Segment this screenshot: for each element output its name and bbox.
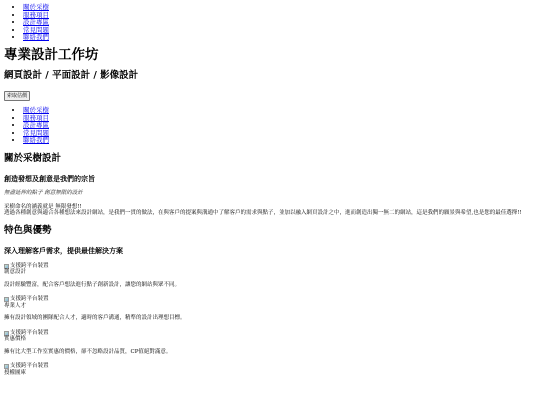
nav2-item-design: 設計專區 xyxy=(23,122,536,130)
feature-desc: 擁有設計領域的團隊配合人才，適時的客戶溝通，精準的設計出理想目標。 xyxy=(4,315,536,322)
top-nav: 關於采樹 服務項目 設計專區 常見問題 聯絡我們 xyxy=(4,4,536,42)
nav2-item-services: 服務項目 xyxy=(23,115,536,123)
feature-title: 實惠價格 xyxy=(4,336,536,343)
features-section: 特色與優勢 深入理解客戶需求，提供最佳解決方案 支援跨平台裝置 創意設計 設計經… xyxy=(4,225,536,377)
features-heading: 特色與優勢 xyxy=(4,225,536,237)
about-italic-line: 無盡延伸的點子 創意無限的設計 xyxy=(4,190,536,197)
about-paragraph-line2: 透過各種創意與適合各種想法來設計網站，是我們一貫的做法，在與客戶的提案與溝通中了… xyxy=(4,210,522,216)
broken-image-icon xyxy=(4,364,9,369)
nav-link-contact[interactable]: 聯絡我們 xyxy=(23,33,49,41)
nav-item-about: 關於采樹 xyxy=(23,4,536,12)
feature-image-alt: 支援跨平台裝置 xyxy=(10,363,49,370)
site-title: 專業設計工作坊 xyxy=(4,47,536,63)
feature-desc: 設計經驗豐富，配合客戶想法進行點子創新設計，讓您的網站與眾不同。 xyxy=(4,282,536,289)
nav2-item-contact: 聯絡我們 xyxy=(23,137,536,145)
get-quote-button[interactable]: 索取估價 xyxy=(4,91,30,101)
broken-image-icon xyxy=(4,297,9,302)
feature-desc: 擁有比大型工作室實惠的價格，卻不忽略設計品質，CP值絕對滿意。 xyxy=(4,349,536,356)
feature-item: 支援跨平台裝置 專業人才 擁有設計領域的團隊配合人才，適時的客戶溝通，精準的設計… xyxy=(4,296,536,322)
secondary-nav: 關於采樹 服務項目 設計專區 常見問題 聯絡我們 xyxy=(4,107,536,145)
nav2-item-faq: 常見問題 xyxy=(23,130,536,138)
feature-item: 支援跨平台裝置 授權圖庫 xyxy=(4,363,536,376)
feature-title: 專業人才 xyxy=(4,303,536,310)
about-heading: 關於采樹設計 xyxy=(4,153,536,165)
feature-image-alt: 支援跨平台裝置 xyxy=(10,296,49,303)
about-subheading: 創造發想及創意是我們的宗旨 xyxy=(4,174,536,183)
nav-item-services: 服務項目 xyxy=(23,12,536,20)
nav-item-faq: 常見問題 xyxy=(23,27,536,35)
nav2-link-contact[interactable]: 聯絡我們 xyxy=(23,136,49,144)
about-section: 關於采樹設計 創造發想及創意是我們的宗旨 無盡延伸的點子 創意無限的設計 采樹命… xyxy=(4,153,536,217)
feature-title: 授權圖庫 xyxy=(4,370,536,377)
about-paragraph: 采樹命名的涵義就是 無限發想!! 透過各種創意與適合各種想法來設計網站，是我們一… xyxy=(4,204,536,217)
site-tagline: 網頁設計 / 平面設計 / 影像設計 xyxy=(4,70,536,82)
broken-image-icon xyxy=(4,331,9,336)
nav2-item-about: 關於采樹 xyxy=(23,107,536,115)
feature-title: 創意設計 xyxy=(4,269,536,276)
features-subheading: 深入理解客戶需求，提供最佳解決方案 xyxy=(4,246,536,255)
feature-item: 支援跨平台裝置 實惠價格 擁有比大型工作室實惠的價格，卻不忽略設計品質，CP值絕… xyxy=(4,330,536,356)
nav-item-contact: 聯絡我們 xyxy=(23,34,536,42)
nav-item-design: 設計專區 xyxy=(23,19,536,27)
broken-image-icon xyxy=(4,264,9,269)
feature-item: 支援跨平台裝置 創意設計 設計經驗豐富，配合客戶想法進行點子創新設計，讓您的網站… xyxy=(4,263,536,289)
